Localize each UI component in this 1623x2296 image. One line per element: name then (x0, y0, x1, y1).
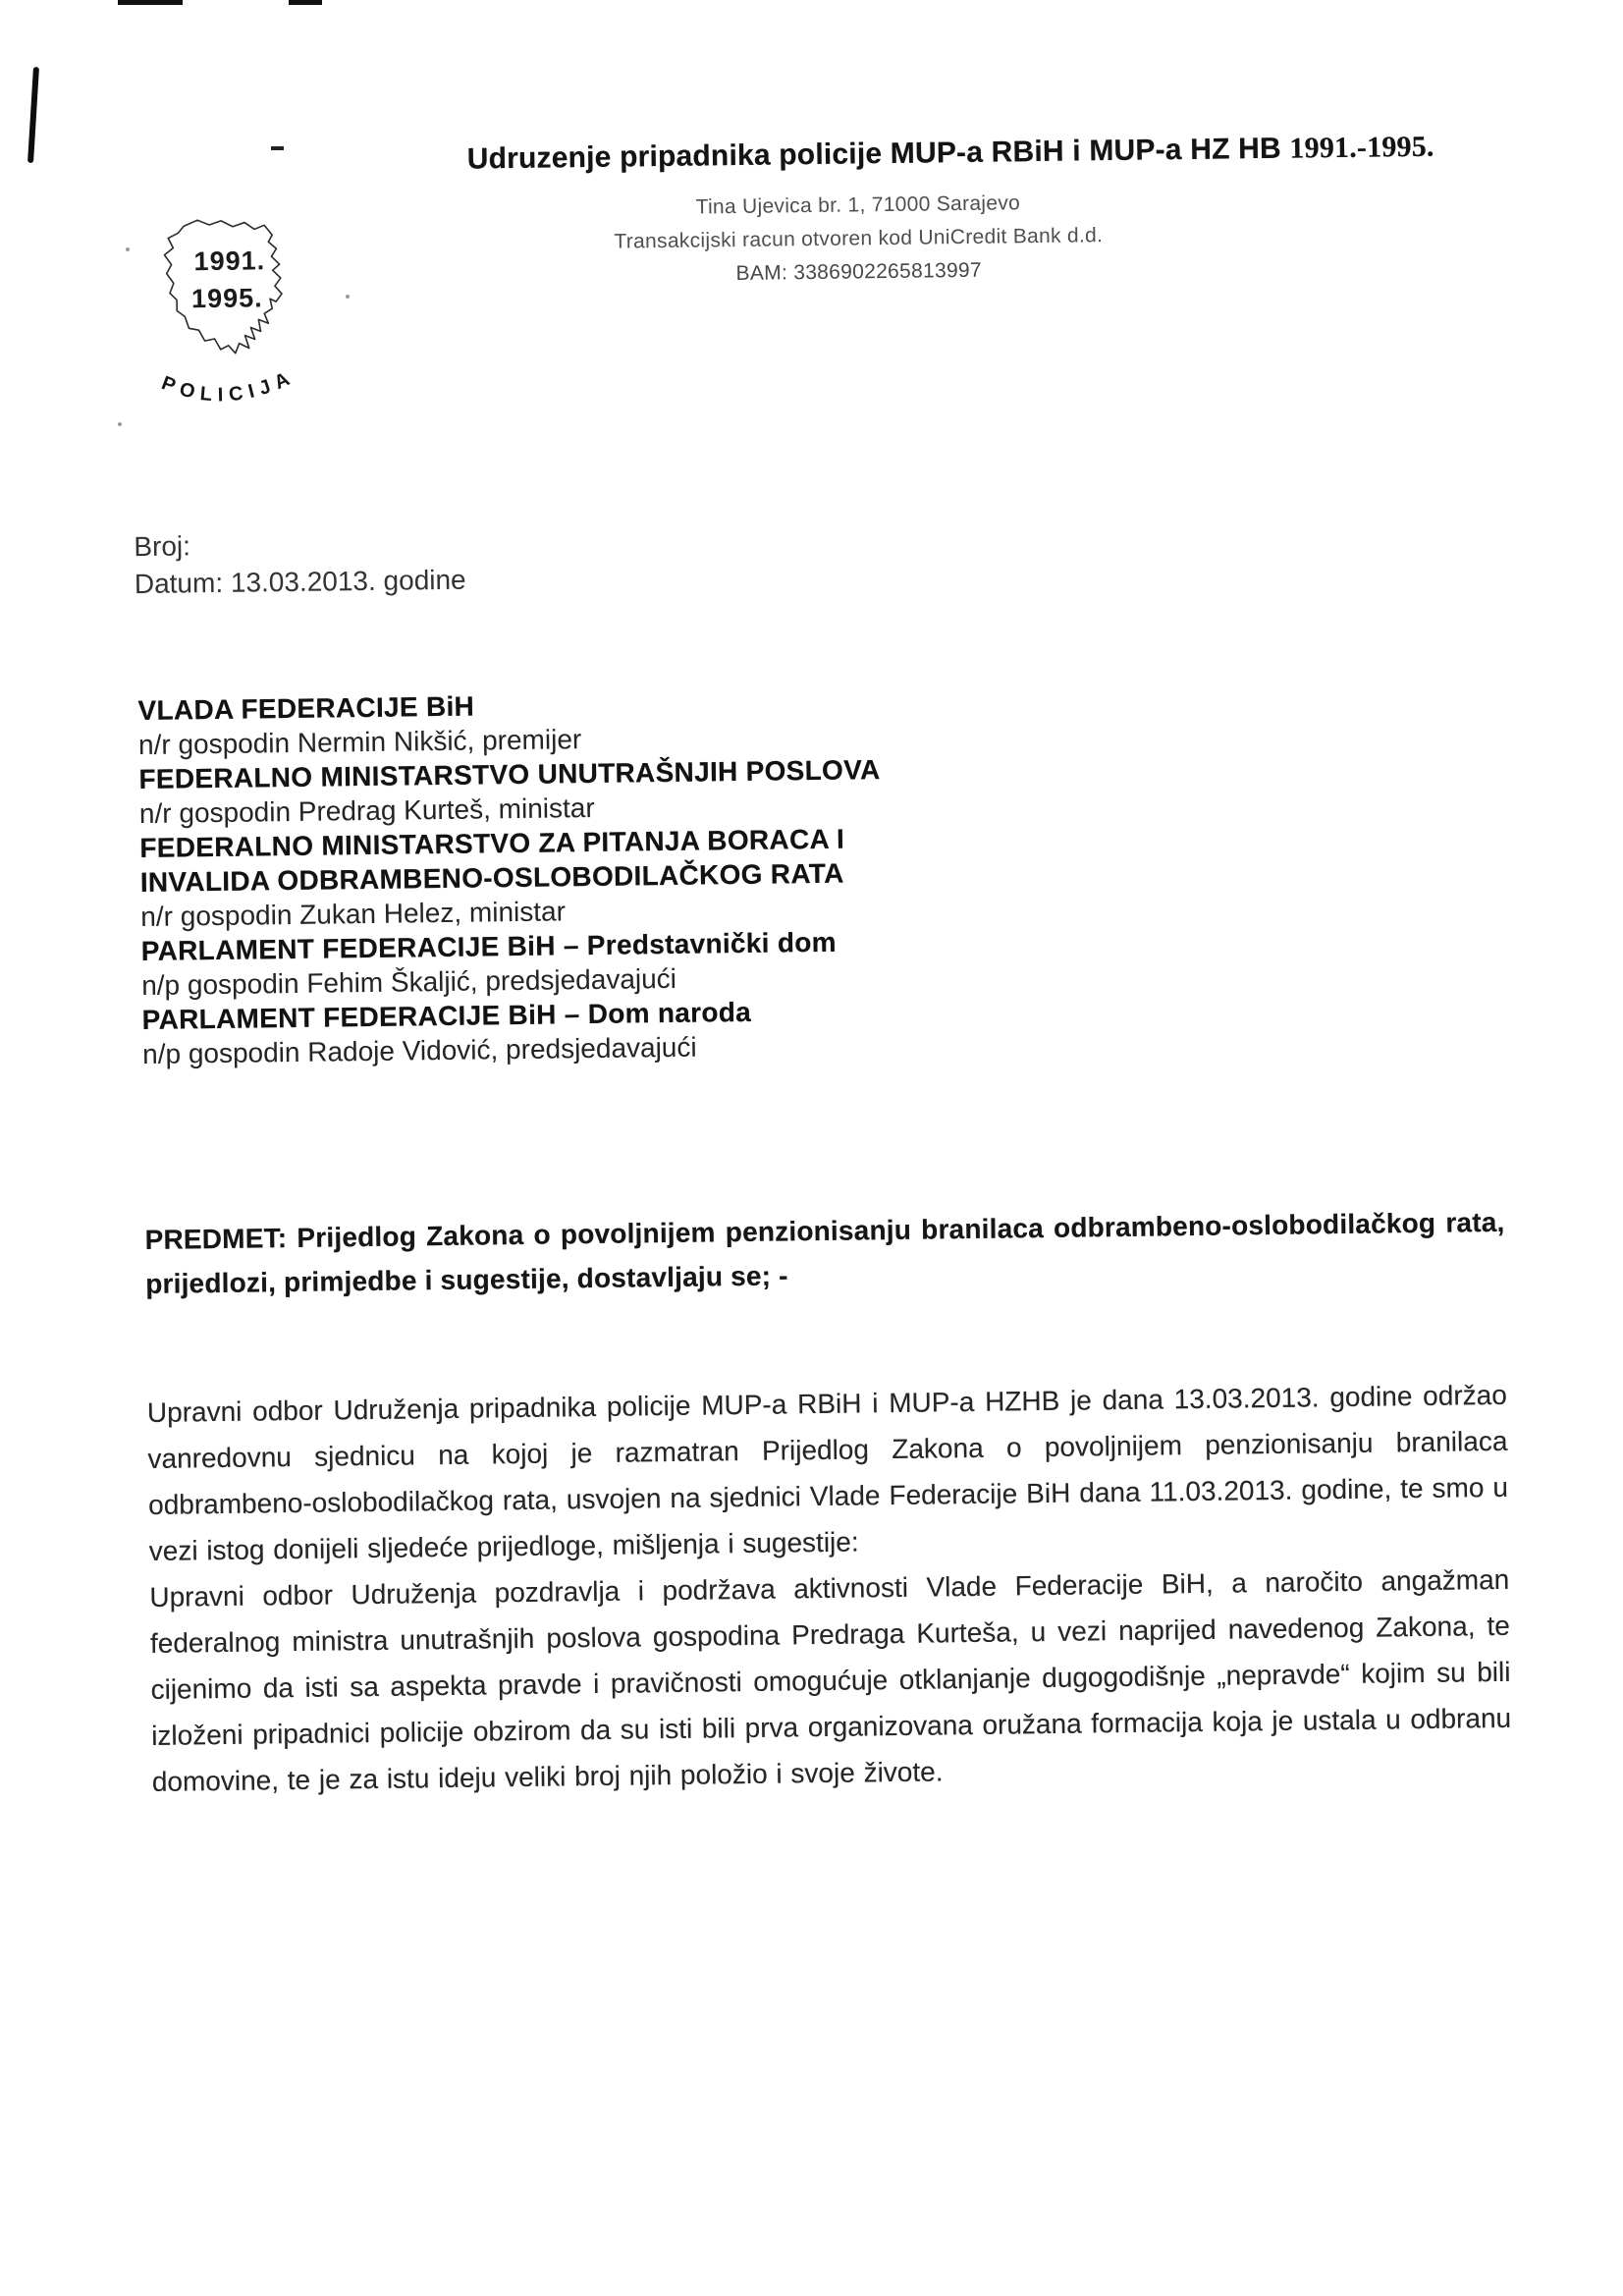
doc-number-label: Broj: (134, 524, 465, 566)
logo-graphic: 1991. 1995. POLICIJA (146, 206, 336, 429)
organization-title: Udruzenje pripadnika policije MUP-a RBiH… (391, 130, 1510, 178)
logo-year-top: 1991. (193, 246, 265, 276)
scanned-letter-page: Udruzenje pripadnika policije MUP-a RBiH… (0, 0, 1623, 2296)
document-meta: Broj: Datum: 13.03.2013. godine (134, 524, 466, 603)
organization-title-years: 1991.-1995. (1289, 131, 1434, 165)
logo-year-bottom: 1995. (191, 283, 263, 313)
association-logo: 1991. 1995. POLICIJA (146, 206, 336, 434)
letter-content: Udruzenje pripadnika policije MUP-a RBiH… (0, 0, 1623, 2296)
body-paragraph: Upravni odbor Udruženja pozdravlja i pod… (149, 1557, 1512, 1805)
subject-line: PREDMET: Prijedlog Zakona o povoljnijem … (144, 1200, 1505, 1306)
logo-policija-arc-text: POLICIJA (158, 365, 298, 407)
letterhead: Udruzenje pripadnika policije MUP-a RBiH… (322, 130, 1512, 297)
letterhead-address-block: Tina Ujevica br. 1, 71000 Sarajevo Trans… (323, 181, 1512, 297)
recipients-block: VLADA FEDERACIJE BiH n/r gospodin Nermin… (137, 683, 884, 1071)
doc-date-line: Datum: 13.03.2013. godine (135, 562, 466, 603)
svg-text:POLICIJA: POLICIJA (158, 365, 298, 407)
organization-title-main: Udruzenje pripadnika policije MUP-a RBiH… (467, 133, 1282, 176)
body-paragraph: Upravni odbor Udruženja pripadnika polic… (147, 1372, 1509, 1574)
